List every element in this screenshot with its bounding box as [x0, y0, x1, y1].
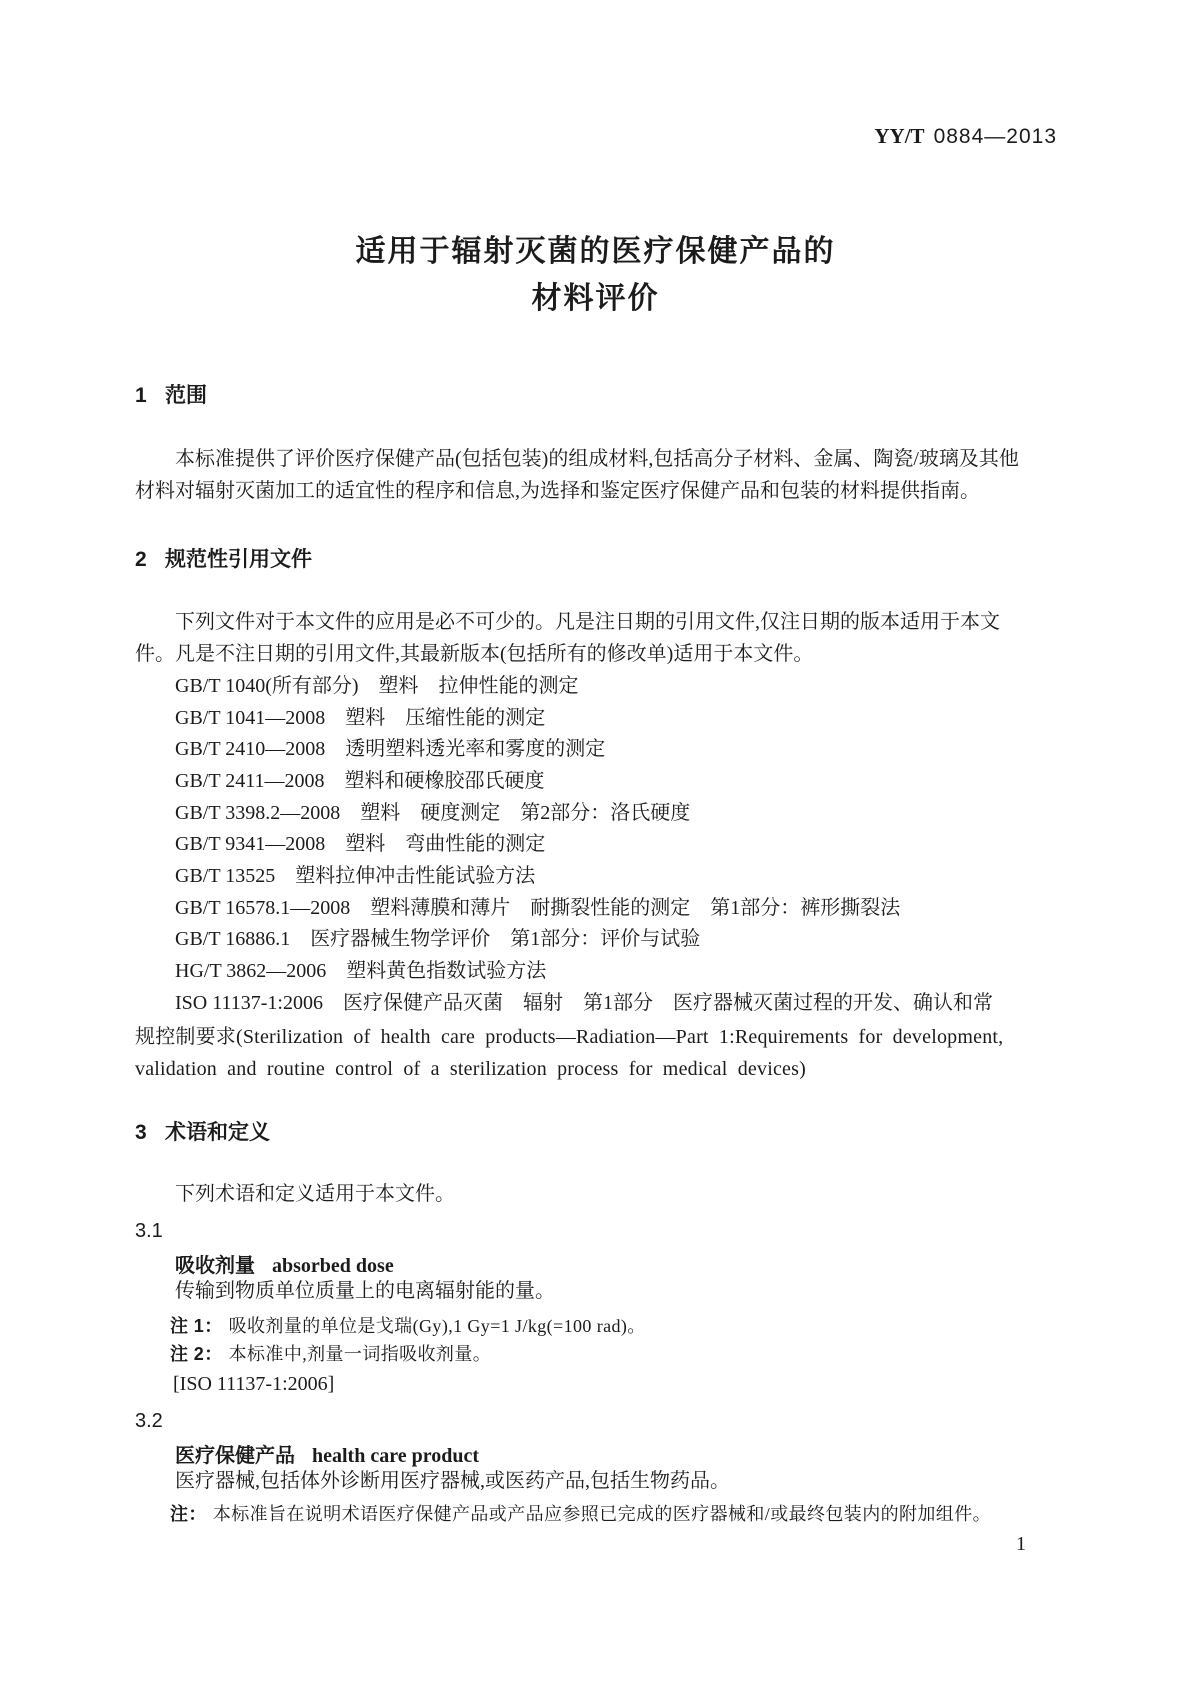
- section-1-number: 1: [135, 383, 165, 409]
- section-3-heading-text: 术语和定义: [165, 1121, 270, 1144]
- note-text: 本标准中,剂量一词指吸收剂量。: [229, 1344, 492, 1364]
- reference-item: GB/T 16578.1—2008 塑料薄膜和薄片 耐撕裂性能的测定 第1部分：…: [175, 896, 900, 920]
- term-number: 3.1: [135, 1219, 163, 1243]
- term-name-row: 医疗保健产品health care product: [175, 1439, 479, 1468]
- section-3-number: 3: [135, 1120, 165, 1146]
- reference-item: GB/T 3398.2—2008 塑料 硬度测定 第2部分：洛氏硬度: [175, 801, 690, 825]
- reference-item: GB/T 1041—2008 塑料 压缩性能的测定: [175, 706, 545, 730]
- term-note: 注：本标准旨在说明术语医疗保健产品或产品应参照已完成的医疗器械和/或最终包装内的…: [170, 1503, 991, 1525]
- term-note: 注 2：本标准中,剂量一词指吸收剂量。: [170, 1343, 491, 1365]
- reference-item: GB/T 1040(所有部分) 塑料 拉伸性能的测定: [175, 674, 579, 698]
- term-name-en: absorbed dose: [272, 1255, 394, 1277]
- references-intro-line: 件。凡是不注日期的引用文件,其最新版本(包括所有的修改单)适用于本文件。: [135, 642, 813, 666]
- section-1-heading-text: 范围: [165, 384, 207, 407]
- reference-item: GB/T 9341—2008 塑料 弯曲性能的测定: [175, 832, 545, 856]
- doc-number: YY/T0884—2013: [874, 124, 1057, 149]
- note-label: 注 1：: [170, 1316, 223, 1336]
- note-label: 注：: [170, 1504, 207, 1524]
- term-name-row: 吸收剂量absorbed dose: [175, 1249, 394, 1278]
- term-number: 3.2: [135, 1409, 163, 1433]
- note-text: 本标准旨在说明术语医疗保健产品或产品应参照已完成的医疗器械和/或最终包装内的附加…: [213, 1504, 991, 1524]
- term-note: 注 1：吸收剂量的单位是戈瑞(Gy),1 Gy=1 J/kg(=100 rad)…: [170, 1315, 646, 1337]
- reference-continuation-line: 规控制要求(Sterilization of health care produ…: [135, 1025, 1003, 1049]
- reference-item: GB/T 2410—2008 透明塑料透光率和雾度的测定: [175, 737, 605, 761]
- term-name-en: health care product: [312, 1445, 479, 1467]
- doc-title-line2: 材料评价: [0, 281, 1191, 317]
- term-definition: 医疗器械,包括体外诊断用医疗器械,或医药产品,包括生物药品。: [175, 1469, 730, 1493]
- section-1-heading: 1范围: [135, 383, 207, 409]
- section-2-heading: 2规范性引用文件: [135, 547, 312, 573]
- reference-continuation-line: validation and routine control of a ster…: [135, 1057, 806, 1081]
- doc-number-digits: 0884—2013: [934, 125, 1057, 148]
- section-2-number: 2: [135, 547, 165, 573]
- section-3-heading: 3术语和定义: [135, 1120, 270, 1146]
- term-source: [ISO 11137-1:2006]: [173, 1372, 334, 1396]
- section-2-heading-text: 规范性引用文件: [165, 548, 312, 571]
- reference-item: GB/T 16886.1 医疗器械生物学评价 第1部分：评价与试验: [175, 927, 700, 951]
- doc-title-line1: 适用于辐射灭菌的医疗保健产品的: [0, 234, 1191, 270]
- scope-paragraph-line: 本标准提供了评价医疗保健产品(包括包装)的组成材料,包括高分子材料、金属、陶瓷/…: [175, 447, 1019, 471]
- note-label: 注 2：: [170, 1344, 223, 1364]
- reference-item: HG/T 3862—2006 塑料黄色指数试验方法: [175, 959, 546, 983]
- page-number: 1: [1016, 1532, 1026, 1556]
- term-definition: 传输到物质单位质量上的电离辐射能的量。: [175, 1279, 555, 1303]
- reference-item: GB/T 13525 塑料拉伸冲击性能试验方法: [175, 864, 535, 888]
- reference-item: GB/T 2411—2008 塑料和硬橡胶邵氏硬度: [175, 769, 544, 793]
- terms-intro-line: 下列术语和定义适用于本文件。: [175, 1182, 455, 1206]
- scope-paragraph-line: 材料对辐射灭菌加工的适宜性的程序和信息,为选择和鉴定医疗保健产品和包装的材料提供…: [135, 479, 980, 503]
- document-page: YY/T0884—2013 适用于辐射灭菌的医疗保健产品的 材料评价 1范围 本…: [0, 0, 1191, 1684]
- note-text: 吸收剂量的单位是戈瑞(Gy),1 Gy=1 J/kg(=100 rad)。: [229, 1316, 646, 1336]
- reference-item: ISO 11137-1:2006 医疗保健产品灭菌 辐射 第1部分 医疗器械灭菌…: [175, 991, 993, 1015]
- references-intro-line: 下列文件对于本文件的应用是必不可少的。凡是注日期的引用文件,仅注日期的版本适用于…: [175, 610, 1000, 634]
- term-name-zh: 吸收剂量: [175, 1255, 255, 1277]
- doc-number-prefix: YY/T: [874, 124, 924, 148]
- term-name-zh: 医疗保健产品: [175, 1445, 295, 1467]
